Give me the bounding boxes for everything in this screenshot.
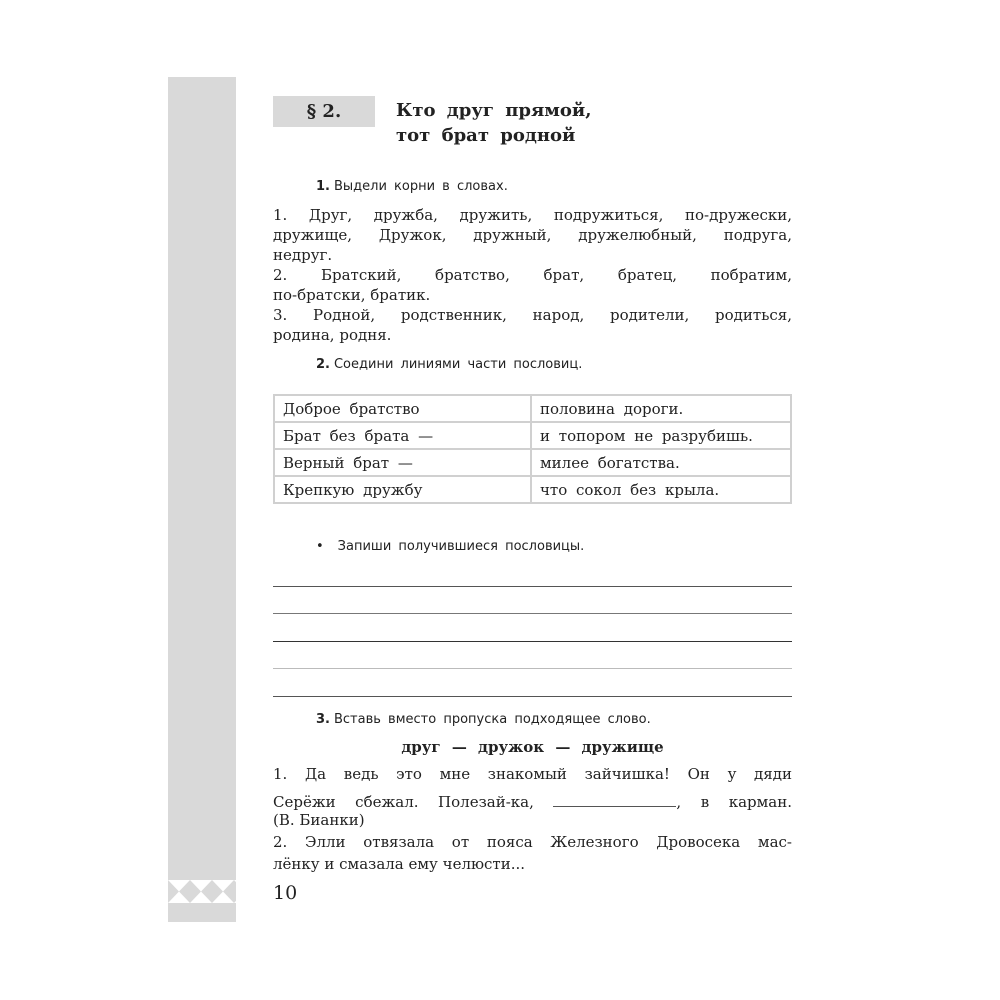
word-line: 1. Друг, дружба, дружить, подружиться, п… — [273, 205, 792, 225]
section-number-box: § 2. — [273, 96, 375, 127]
bullet-icon: • — [316, 539, 324, 554]
proverb-end[interactable]: половина дороги. — [531, 395, 791, 422]
proverb-start[interactable]: Верный брат — — [274, 449, 531, 476]
proverb-end[interactable]: и топором не разрубишь. — [531, 422, 791, 449]
table-row: Верный брат — милее богатства. — [274, 449, 791, 476]
write-line-1[interactable] — [273, 586, 792, 587]
word-line: родина, родня. — [273, 325, 792, 345]
write-line-5[interactable] — [273, 696, 792, 697]
task-2-heading: 2.Соедини линиями части пословиц. — [316, 357, 582, 372]
proverb-end[interactable]: милее богатства. — [531, 449, 791, 476]
word-line: дружище, Дружок, дружный, дружелюбный, п… — [273, 225, 792, 245]
task-1-words: 1. Друг, дружба, дружить, подружиться, п… — [273, 205, 792, 345]
task-2-sub-instruction: Запиши получившиеся пословицы. — [338, 539, 585, 554]
proverb-start[interactable]: Крепкую дружбу — [274, 476, 531, 503]
proverb-table: Доброе братство половина дороги. Брат бе… — [273, 394, 792, 504]
task-3-number: 3. — [316, 712, 330, 727]
proverb-end[interactable]: что сокол без крыла. — [531, 476, 791, 503]
task-3-heading: 3.Вставь вместо пропуска подходящее слов… — [316, 712, 651, 727]
section-title: Кто друг прямой, тот брат родной — [396, 98, 592, 148]
word-options: друг — дружок — дружище — [273, 738, 792, 756]
text-line: 1. Да ведь это мне знакомый зайчишка! Он… — [273, 763, 792, 785]
table-row: Доброе братство половина дороги. — [274, 395, 791, 422]
write-line-3[interactable] — [273, 641, 792, 642]
section-number: § 2. — [307, 101, 341, 122]
section-title-line-1: Кто друг прямой, — [396, 98, 592, 123]
task-2-subheading: •Запиши получившиеся пословицы. — [316, 539, 584, 554]
text-after-blank: , в карман. — [676, 793, 792, 811]
side-decor-strip — [168, 77, 236, 922]
proverb-start[interactable]: Доброе братство — [274, 395, 531, 422]
word-line: по-братски, братик. — [273, 285, 792, 305]
task-1-heading: 1.Выдели корни в словах. — [316, 179, 508, 194]
task-2-instruction: Соедини линиями части пословиц. — [334, 357, 582, 372]
word-line: 2. Братский, братство, брат, братец, поб… — [273, 265, 792, 285]
task-3-text: 1. Да ведь это мне знакомый зайчишка! Он… — [273, 763, 792, 875]
write-line-4[interactable] — [273, 668, 792, 669]
word-line: недруг. — [273, 245, 792, 265]
page-number: 10 — [273, 882, 297, 904]
task-3-instruction: Вставь вместо пропуска подходящее слово. — [334, 712, 651, 727]
word-line: 3. Родной, родственник, народ, родители,… — [273, 305, 792, 325]
diamond-pattern-icon — [168, 880, 236, 903]
section-title-line-2: тот брат родной — [396, 123, 592, 148]
fill-blank[interactable] — [553, 792, 676, 807]
write-line-2[interactable] — [273, 613, 792, 614]
table-row: Крепкую дружбу что сокол без крыла. — [274, 476, 791, 503]
text-line: лёнку и смазала ему челюсти... — [273, 853, 792, 875]
text-line: 2. Элли отвязала от пояса Железного Дров… — [273, 831, 792, 853]
proverb-start[interactable]: Брат без брата — — [274, 422, 531, 449]
table-row: Брат без брата — и топором не разрубишь. — [274, 422, 791, 449]
task-1-instruction: Выдели корни в словах. — [334, 179, 508, 194]
task-2-number: 2. — [316, 357, 330, 372]
task-1-number: 1. — [316, 179, 330, 194]
